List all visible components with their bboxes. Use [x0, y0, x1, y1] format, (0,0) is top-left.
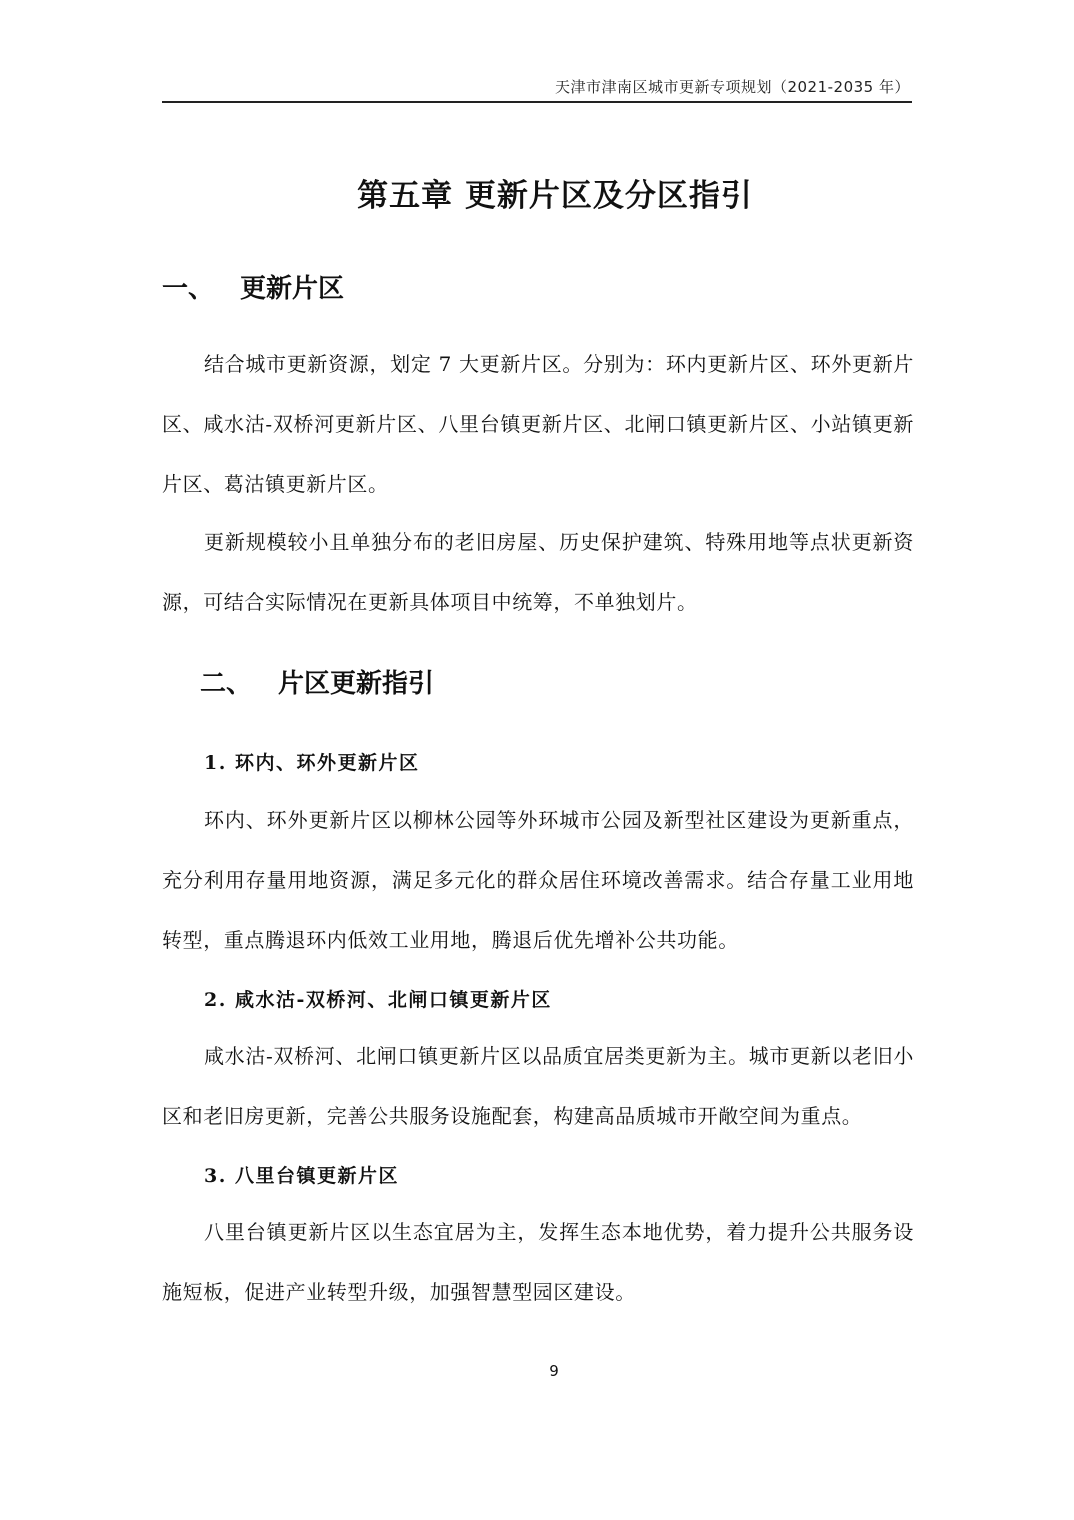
paragraph: 环内、环外更新片区以柳林公园等外环城市公园及新型社区建设为更新重点，充分利用存量… — [162, 790, 914, 970]
header-divider — [162, 101, 912, 103]
subsection-heading-3: 3. 八里台镇更新片区 — [204, 1161, 399, 1188]
section-number: 一、 — [162, 268, 240, 305]
section-title: 片区更新指引 — [278, 669, 434, 699]
subsection-heading-1: 1. 环内、环外更新片区 — [204, 748, 419, 775]
section-heading-2: 二、片区更新指引 — [200, 663, 434, 700]
chapter-title: 第五章 更新片区及分区指引 — [0, 170, 1074, 215]
running-header: 天津市津南区城市更新专项规划（2021-2035 年） — [555, 76, 910, 97]
paragraph: 咸水沽-双桥河、北闸口镇更新片区以品质宜居类更新为主。城市更新以老旧小区和老旧房… — [162, 1026, 914, 1146]
paragraph: 八里台镇更新片区以生态宜居为主，发挥生态本地优势，着力提升公共服务设施短板，促进… — [162, 1202, 914, 1322]
section-heading-1: 一、更新片区 — [162, 268, 344, 305]
page-number: 9 — [0, 1362, 1074, 1380]
section-number: 二、 — [200, 663, 278, 700]
paragraph: 更新规模较小且单独分布的老旧房屋、历史保护建筑、特殊用地等点状更新资源，可结合实… — [162, 512, 914, 632]
subsection-heading-2: 2. 咸水沽-双桥河、北闸口镇更新片区 — [204, 985, 552, 1012]
section-title: 更新片区 — [240, 274, 344, 304]
paragraph: 结合城市更新资源，划定 7 大更新片区。分别为：环内更新片区、环外更新片区、咸水… — [162, 334, 914, 514]
